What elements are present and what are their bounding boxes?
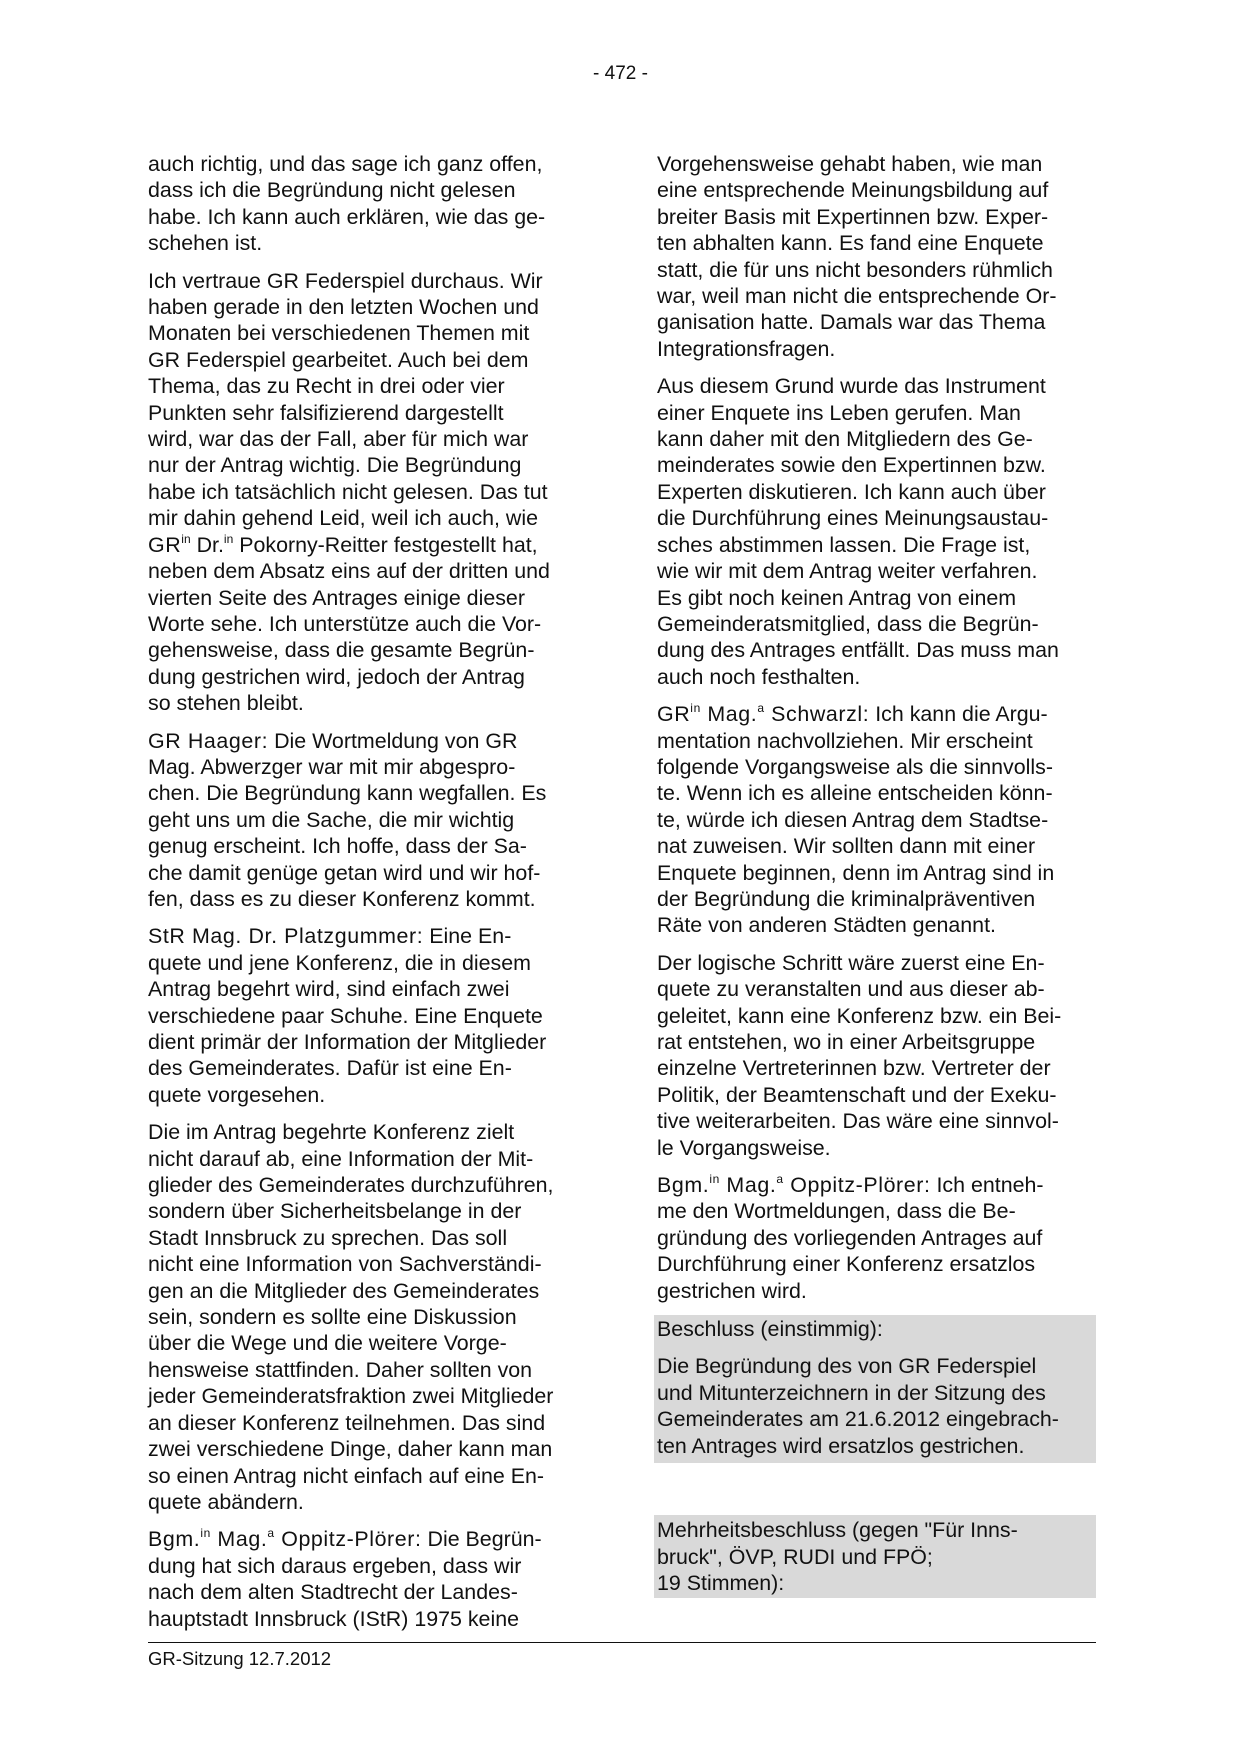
superscript: a (776, 1172, 783, 1186)
speaker-surname: Oppitz-Plörer: (275, 1527, 422, 1551)
speaker-name: StR Mag. Dr. Platzgummer: (148, 924, 423, 948)
speaker-name: Bgm.in Mag.a Oppitz-Plörer: (657, 1173, 931, 1197)
page-number: - 472 - (0, 63, 1241, 85)
paragraph-text: Pokorny-Reitter festgestellt hat, neben … (148, 533, 550, 715)
speaker-title: Mag. (701, 702, 758, 726)
footer-divider (148, 1642, 1096, 1643)
speaker-title: GR (657, 702, 690, 726)
speaker-surname: Oppitz-Plörer: (784, 1173, 931, 1197)
speaker-paragraph: Bgm.in Mag.a Oppitz-Plörer: Die Begrün- … (148, 1526, 593, 1632)
paragraph: Aus diesem Grund wurde das Instrument ei… (657, 373, 1102, 690)
superscript: a (757, 701, 764, 715)
paragraph-text: Die Wortmeldung von GR Mag. Abwerzger wa… (148, 729, 546, 911)
speaker-paragraph: Bgm.in Mag.a Oppitz-Plörer: Ich entneh- … (657, 1172, 1102, 1304)
right-column: Vorgehensweise gehabt haben, wie man ein… (657, 151, 1102, 1598)
paragraph-text: Eine En- quete und jene Konferenz, die i… (148, 924, 546, 1106)
superscript: a (267, 1526, 274, 1540)
decision-title: Beschluss (einstimmig): (657, 1316, 1096, 1342)
decision-title: Mehrheitsbeschluss (gegen "Für Inns- bru… (657, 1517, 1096, 1596)
decision-text: Die Begründung des von GR Federspiel und… (657, 1353, 1096, 1459)
superscript: in (709, 1172, 720, 1186)
paragraph: Der logische Schritt wäre zuerst eine En… (657, 950, 1102, 1161)
speaker-name: GRin Mag.a Schwarzl: (657, 702, 869, 726)
decision-box-unanimous: Beschluss (einstimmig): Die Begründung d… (654, 1315, 1096, 1463)
left-column: auch richtig, und das sage ich ganz offe… (148, 151, 593, 1643)
superscript: in (690, 701, 701, 715)
speaker-surname: Schwarzl: (765, 702, 870, 726)
paragraph: auch richtig, und das sage ich ganz offe… (148, 151, 593, 257)
paragraph: Die im Antrag begehrte Konferenz zielt n… (148, 1119, 593, 1515)
paragraph: Ich vertraue GR Federspiel durchaus. Wir… (148, 268, 593, 717)
speaker-title: GR (148, 533, 181, 557)
speaker-title: Dr. (191, 533, 224, 557)
paragraph-text: Ich vertraue GR Federspiel durchaus. Wir… (148, 269, 548, 531)
speaker-paragraph: GRin Mag.a Schwarzl: Ich kann die Argu- … (657, 701, 1102, 939)
speaker-name: GR Haager: (148, 729, 268, 753)
speaker-paragraph: GR Haager: Die Wortmeldung von GR Mag. A… (148, 728, 593, 913)
speaker-title: Mag. (720, 1173, 777, 1197)
footer-text: GR-Sitzung 12.7.2012 (148, 1648, 331, 1670)
speaker-title: Bgm. (657, 1173, 709, 1197)
speaker-title: Bgm. (148, 1527, 200, 1551)
superscript: in (224, 532, 233, 546)
superscript: in (181, 532, 190, 546)
speaker-paragraph: StR Mag. Dr. Platzgummer: Eine En- quete… (148, 923, 593, 1108)
superscript: in (200, 1526, 211, 1540)
speaker-name: Bgm.in Mag.a Oppitz-Plörer: (148, 1527, 422, 1551)
decision-box-majority: Mehrheitsbeschluss (gegen "Für Inns- bru… (654, 1515, 1096, 1598)
paragraph-text: Ich kann die Argu- mentation nachvollzie… (657, 702, 1054, 937)
speaker-title: Mag. (211, 1527, 268, 1551)
paragraph: Vorgehensweise gehabt haben, wie man ein… (657, 151, 1102, 362)
